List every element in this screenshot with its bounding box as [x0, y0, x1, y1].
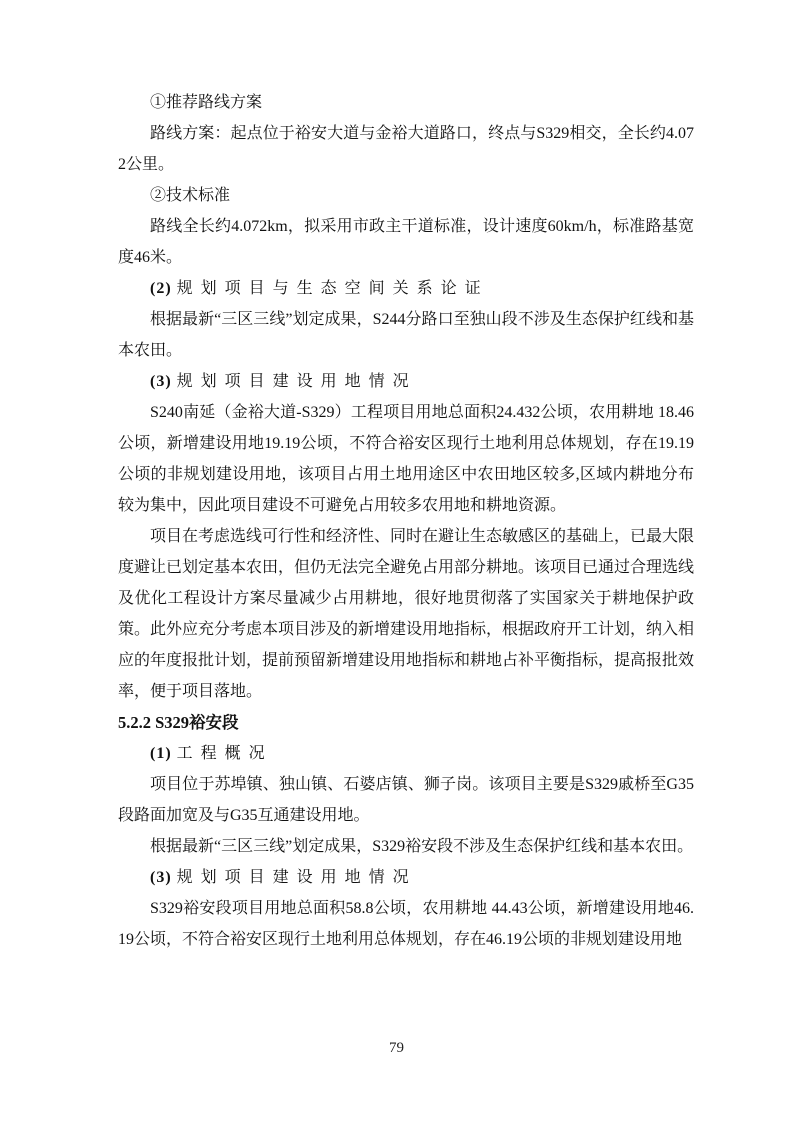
paragraph: 路线方案：起点位于裕安大道与金裕大道路口，终点与S329相交，全长约4.072公… — [118, 118, 694, 180]
sub-heading-number: (2) — [150, 280, 172, 297]
document-page: ①推荐路线方案路线方案：起点位于裕安大道与金裕大道路口，终点与S329相交，全长… — [0, 0, 793, 1122]
circled-item-heading: ②技术标准 — [118, 180, 694, 211]
paragraph: 路线全长约4.072km，拟采用市政主干道标准，设计速度60km/h，标准路基宽… — [118, 211, 694, 273]
numbered-sub-heading: (3)规划项目建设用地情况 — [118, 366, 694, 397]
document-content: ①推荐路线方案路线方案：起点位于裕安大道与金裕大道路口，终点与S329相交，全长… — [118, 87, 694, 955]
sub-heading-number: (3) — [150, 869, 172, 886]
sub-heading-label: 工程概况 — [177, 745, 273, 762]
sub-heading-label: 规划项目建设用地情况 — [177, 373, 417, 390]
paragraph: S240南延（金裕大道-S329）工程项目用地总面积24.432公顷，农用耕地 … — [118, 397, 694, 521]
sub-heading-label: 规划项目建设用地情况 — [177, 869, 417, 886]
paragraph: 项目位于苏埠镇、独山镇、石婆店镇、狮子岗。该项目主要是S329戚桥至G35段路面… — [118, 769, 694, 831]
paragraph: S329裕安段项目用地总面积58.8公顷，农用耕地 44.43公顷，新增建设用地… — [118, 893, 694, 955]
circled-item-heading: ①推荐路线方案 — [118, 87, 694, 118]
numbered-sub-heading: (3)规划项目建设用地情况 — [118, 862, 694, 893]
paragraph: 根据最新“三区三线”划定成果，S329裕安段不涉及生态保护红线和基本农田。 — [118, 831, 694, 862]
sub-heading-number: (1) — [150, 745, 172, 762]
numbered-sub-heading: (1)工程概况 — [118, 738, 694, 769]
paragraph: 项目在考虑选线可行性和经济性、同时在避让生态敏感区的基础上，已最大限度避让已划定… — [118, 521, 694, 707]
numbered-sub-heading: (2)规划项目与生态空间关系论证 — [118, 273, 694, 304]
paragraph: 根据最新“三区三线”划定成果，S244分路口至独山段不涉及生态保护红线和基本农田… — [118, 304, 694, 366]
page-number: 79 — [0, 1037, 793, 1059]
sub-heading-number: (3) — [150, 373, 172, 390]
sub-heading-label: 规划项目与生态空间关系论证 — [177, 280, 489, 297]
section-heading: 5.2.2 S329裕安段 — [118, 707, 694, 738]
